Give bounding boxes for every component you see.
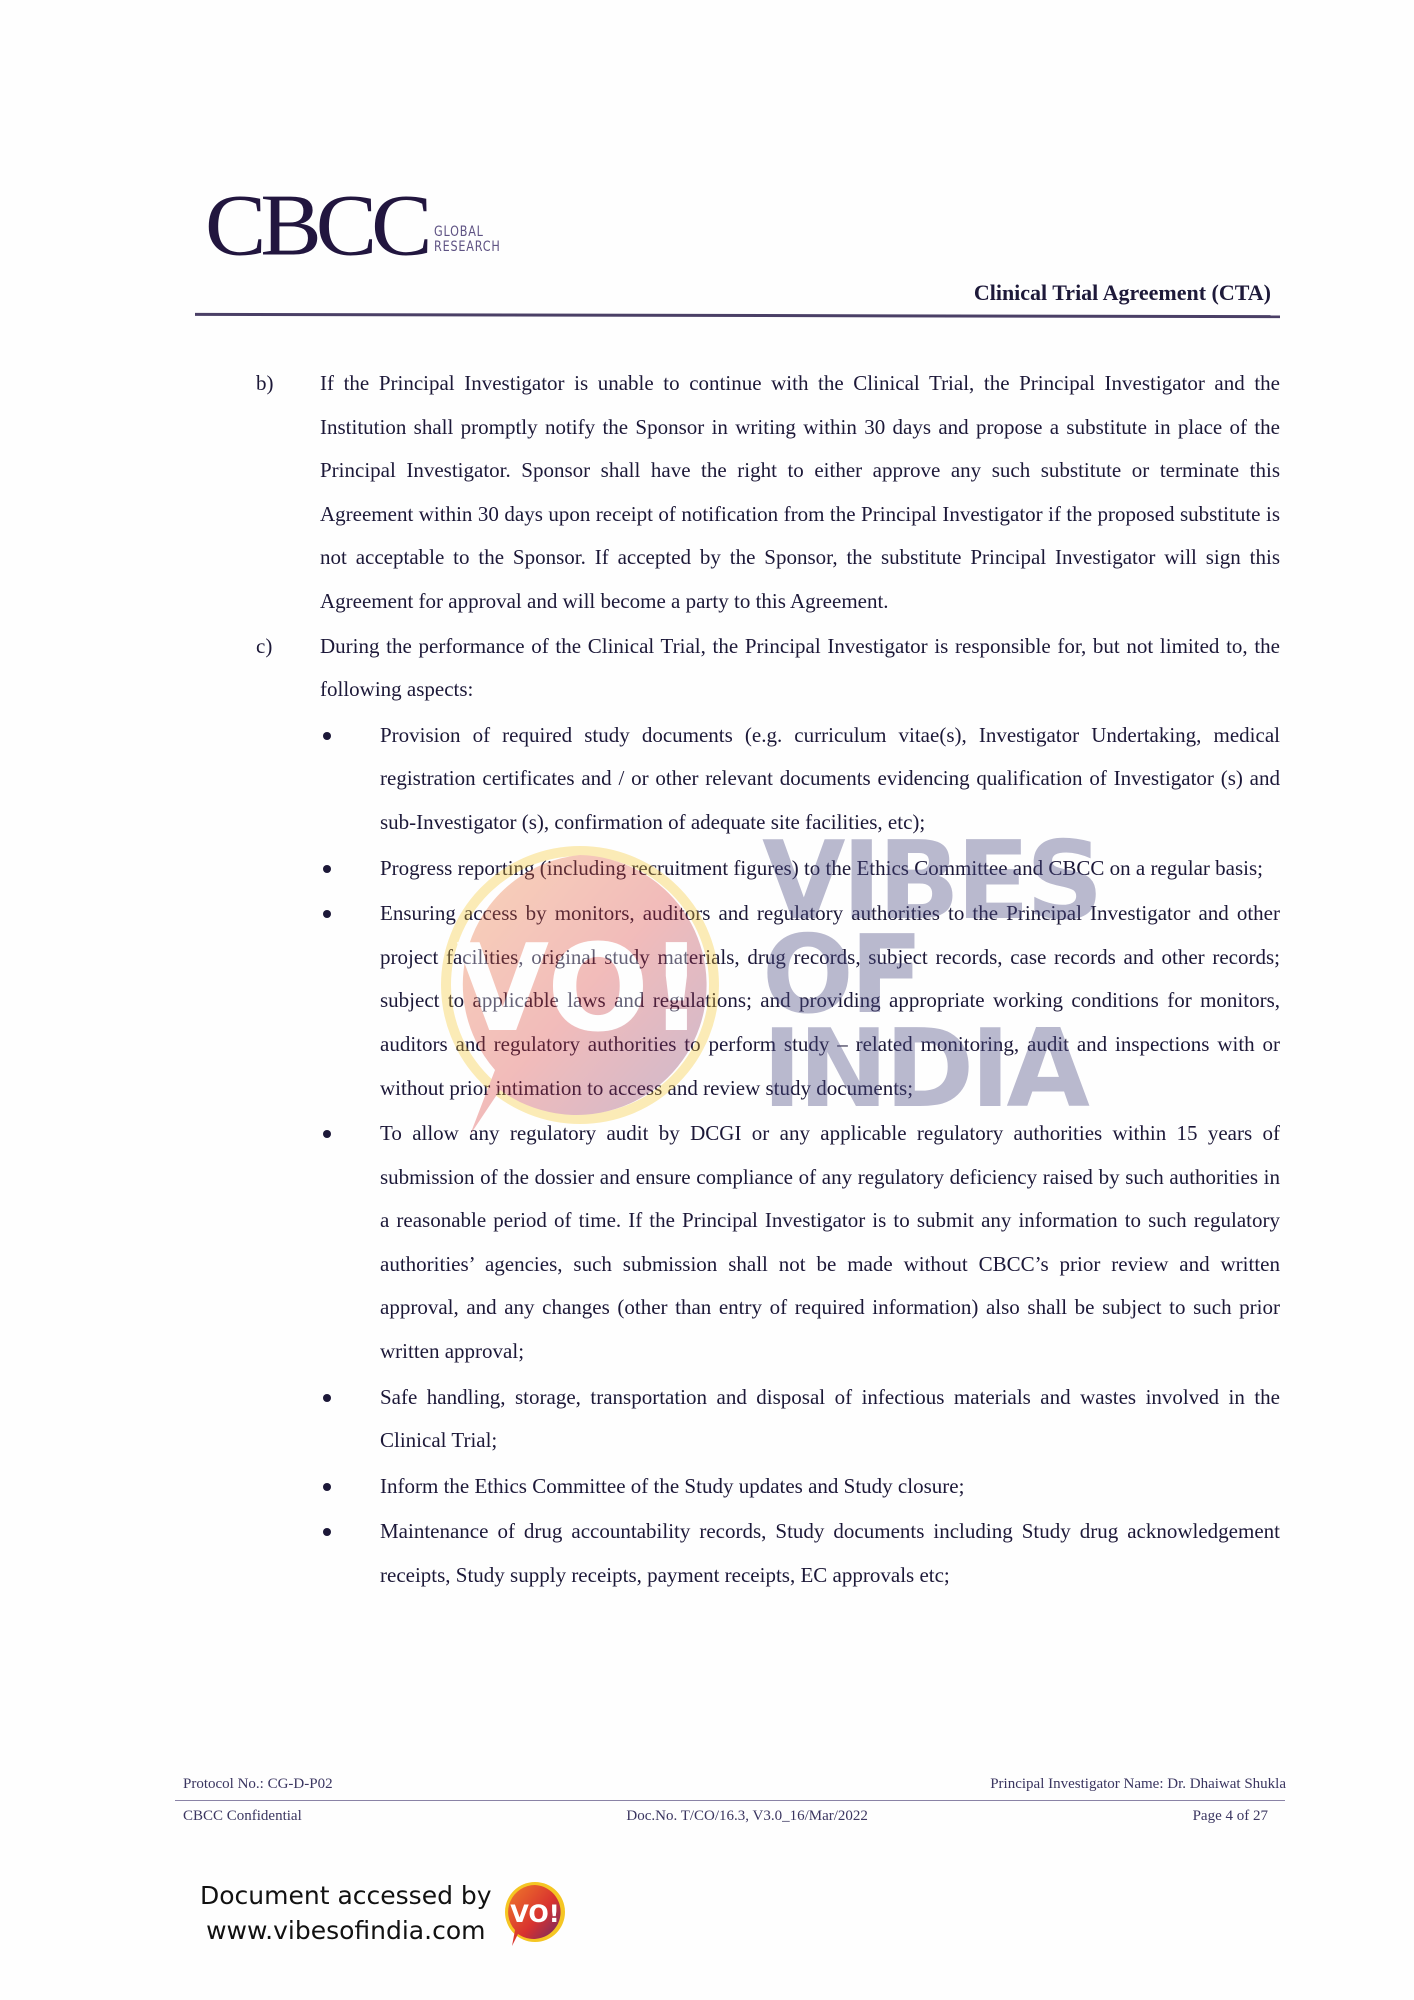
header-divider xyxy=(195,313,1280,318)
bullet-icon xyxy=(323,1528,331,1536)
svg-text:VO!: VO! xyxy=(510,1900,560,1928)
list-item: Safe handling, storage, transportation a… xyxy=(320,1376,1280,1463)
confidential-label: CBCC Confidential xyxy=(183,1808,302,1825)
footer-bottom-row: CBCC Confidential Doc.No. T/CO/16.3, V3.… xyxy=(183,1808,1268,1825)
logo-wordmark: CBCC xyxy=(205,187,426,263)
document-title: Clinical Trial Agreement (CTA) xyxy=(974,280,1271,306)
bullet-icon xyxy=(323,910,331,918)
logo-subtitle: GLOBAL RESEARCH xyxy=(434,225,501,255)
list-item-text: Ensuring access by monitors, auditors an… xyxy=(380,901,1280,1099)
protocol-number: Protocol No.: CG-D-P02 xyxy=(183,1776,333,1793)
list-item-text: To allow any regulatory audit by DCGI or… xyxy=(380,1121,1280,1363)
clause-b: b) If the Principal Investigator is unab… xyxy=(256,362,1280,624)
page-number: Page 4 of 27 xyxy=(1193,1808,1268,1825)
bullet-icon xyxy=(323,1130,331,1138)
list-item-text: Maintenance of drug accountability recor… xyxy=(380,1519,1280,1587)
doc-number: Doc.No. T/CO/16.3, V3.0_16/Mar/2022 xyxy=(626,1808,868,1825)
clause-marker: b) xyxy=(256,362,274,406)
list-item-text: Inform the Ethics Committee of the Study… xyxy=(380,1474,964,1498)
vo-logo-icon: VO! xyxy=(502,1880,568,1950)
access-credit: Document accessed by www.vibesofindia.co… xyxy=(200,1878,492,1948)
list-item: Ensuring access by monitors, auditors an… xyxy=(320,892,1280,1110)
list-item: Provision of required study documents (e… xyxy=(320,714,1280,845)
list-item-text: Provision of required study documents (e… xyxy=(380,723,1280,834)
cbcc-logo: CBCC GLOBAL RESEARCH xyxy=(205,185,518,265)
bullet-icon xyxy=(323,732,331,740)
list-item: Maintenance of drug accountability recor… xyxy=(320,1510,1280,1597)
logo-sub-line1: GLOBAL xyxy=(434,224,484,240)
investigator-name: Principal Investigator Name: Dr. Dhaiwat… xyxy=(990,1776,1286,1793)
list-item: Progress reporting (including recruitmen… xyxy=(320,847,1280,891)
clause-c: c) During the performance of the Clinica… xyxy=(256,625,1280,712)
clause-marker: c) xyxy=(256,625,272,669)
list-item: To allow any regulatory audit by DCGI or… xyxy=(320,1112,1280,1374)
responsibilities-list: Provision of required study documents (e… xyxy=(320,714,1280,1598)
bullet-icon xyxy=(323,1483,331,1491)
document-body: b) If the Principal Investigator is unab… xyxy=(256,362,1280,1600)
logo-sub-line2: RESEARCH xyxy=(434,239,501,255)
footer-divider xyxy=(175,1800,1285,1801)
list-item-text: Progress reporting (including recruitmen… xyxy=(380,856,1263,880)
footer-top-row: Protocol No.: CG-D-P02 Principal Investi… xyxy=(183,1776,1286,1793)
bullet-icon xyxy=(323,865,331,873)
credit-url[interactable]: www.vibesofindia.com xyxy=(200,1913,492,1948)
credit-line1: Document accessed by xyxy=(200,1878,492,1913)
clause-text: If the Principal Investigator is unable … xyxy=(320,371,1280,613)
clause-text: During the performance of the Clinical T… xyxy=(320,634,1280,702)
list-item-text: Safe handling, storage, transportation a… xyxy=(380,1385,1280,1453)
bullet-icon xyxy=(323,1394,331,1402)
list-item: Inform the Ethics Committee of the Study… xyxy=(320,1465,1280,1509)
